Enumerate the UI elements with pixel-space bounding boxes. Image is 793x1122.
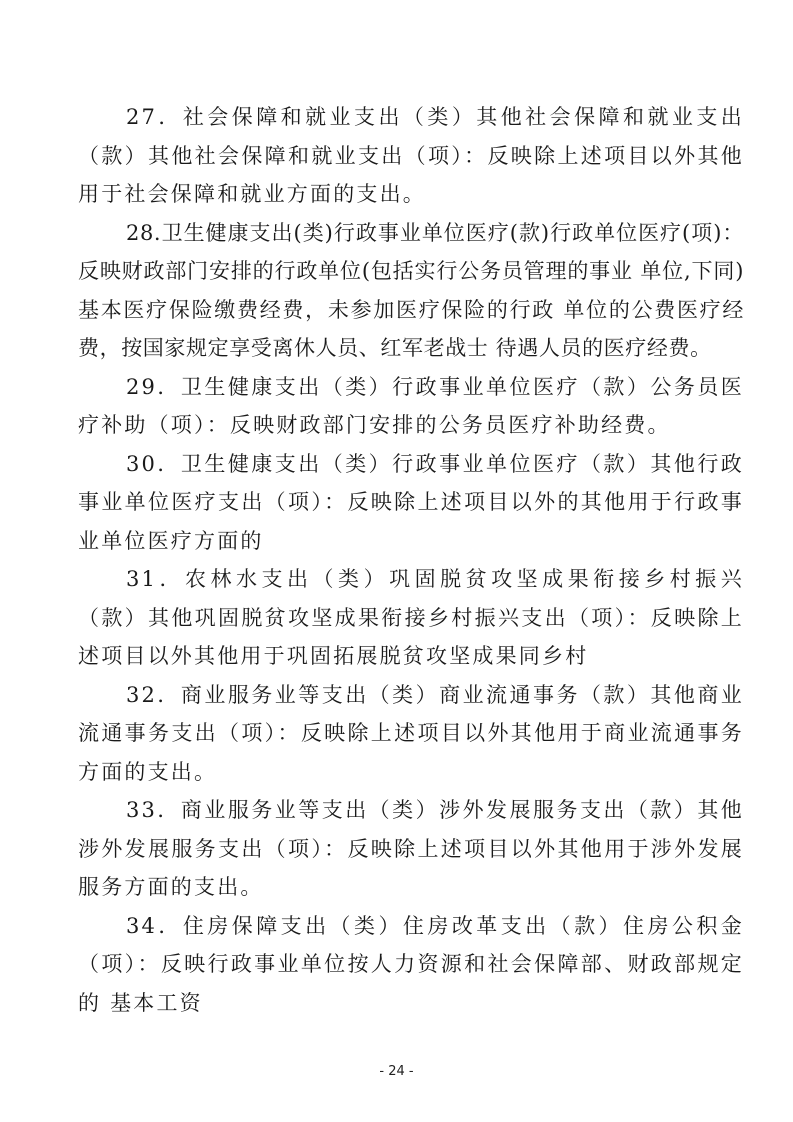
paragraph-item-29: 29．卫生健康支出（类）行政事业单位医疗（款）公务员医疗补助（项）：反映财政部门… [78, 368, 744, 445]
paragraph-item-34: 34．住房保障支出（类）住房改革支出（款）住房公积金（项）：反映行政事业单位按人… [78, 907, 744, 1023]
paragraph-item-31: 31．农林水支出（类）巩固脱贫攻坚成果衔接乡村振兴（款）其他巩固脱贫攻坚成果衔接… [78, 560, 744, 676]
page-number: - 24 - [0, 1064, 793, 1079]
paragraph-item-33: 33．商业服务业等支出（类）涉外发展服务支出（款）其他涉外发展服务支出（项）：反… [78, 791, 744, 907]
paragraph-item-32: 32．商业服务业等支出（类）商业流通事务（款）其他商业流通事务支出（项）：反映除… [78, 676, 744, 792]
document-page: 27．社会保障和就业支出（类）其他社会保障和就业支出（款）其他社会保障和就业支出… [78, 98, 744, 1022]
paragraph-item-27: 27．社会保障和就业支出（类）其他社会保障和就业支出（款）其他社会保障和就业支出… [78, 98, 744, 214]
paragraph-item-30: 30．卫生健康支出（类）行政事业单位医疗（款）其他行政事业单位医疗支出（项）：反… [78, 445, 744, 561]
paragraph-item-28: 28.卫生健康支出(类)行政事业单位医疗(款)行政单位医疗(项)：反映财政部门安… [78, 214, 744, 368]
